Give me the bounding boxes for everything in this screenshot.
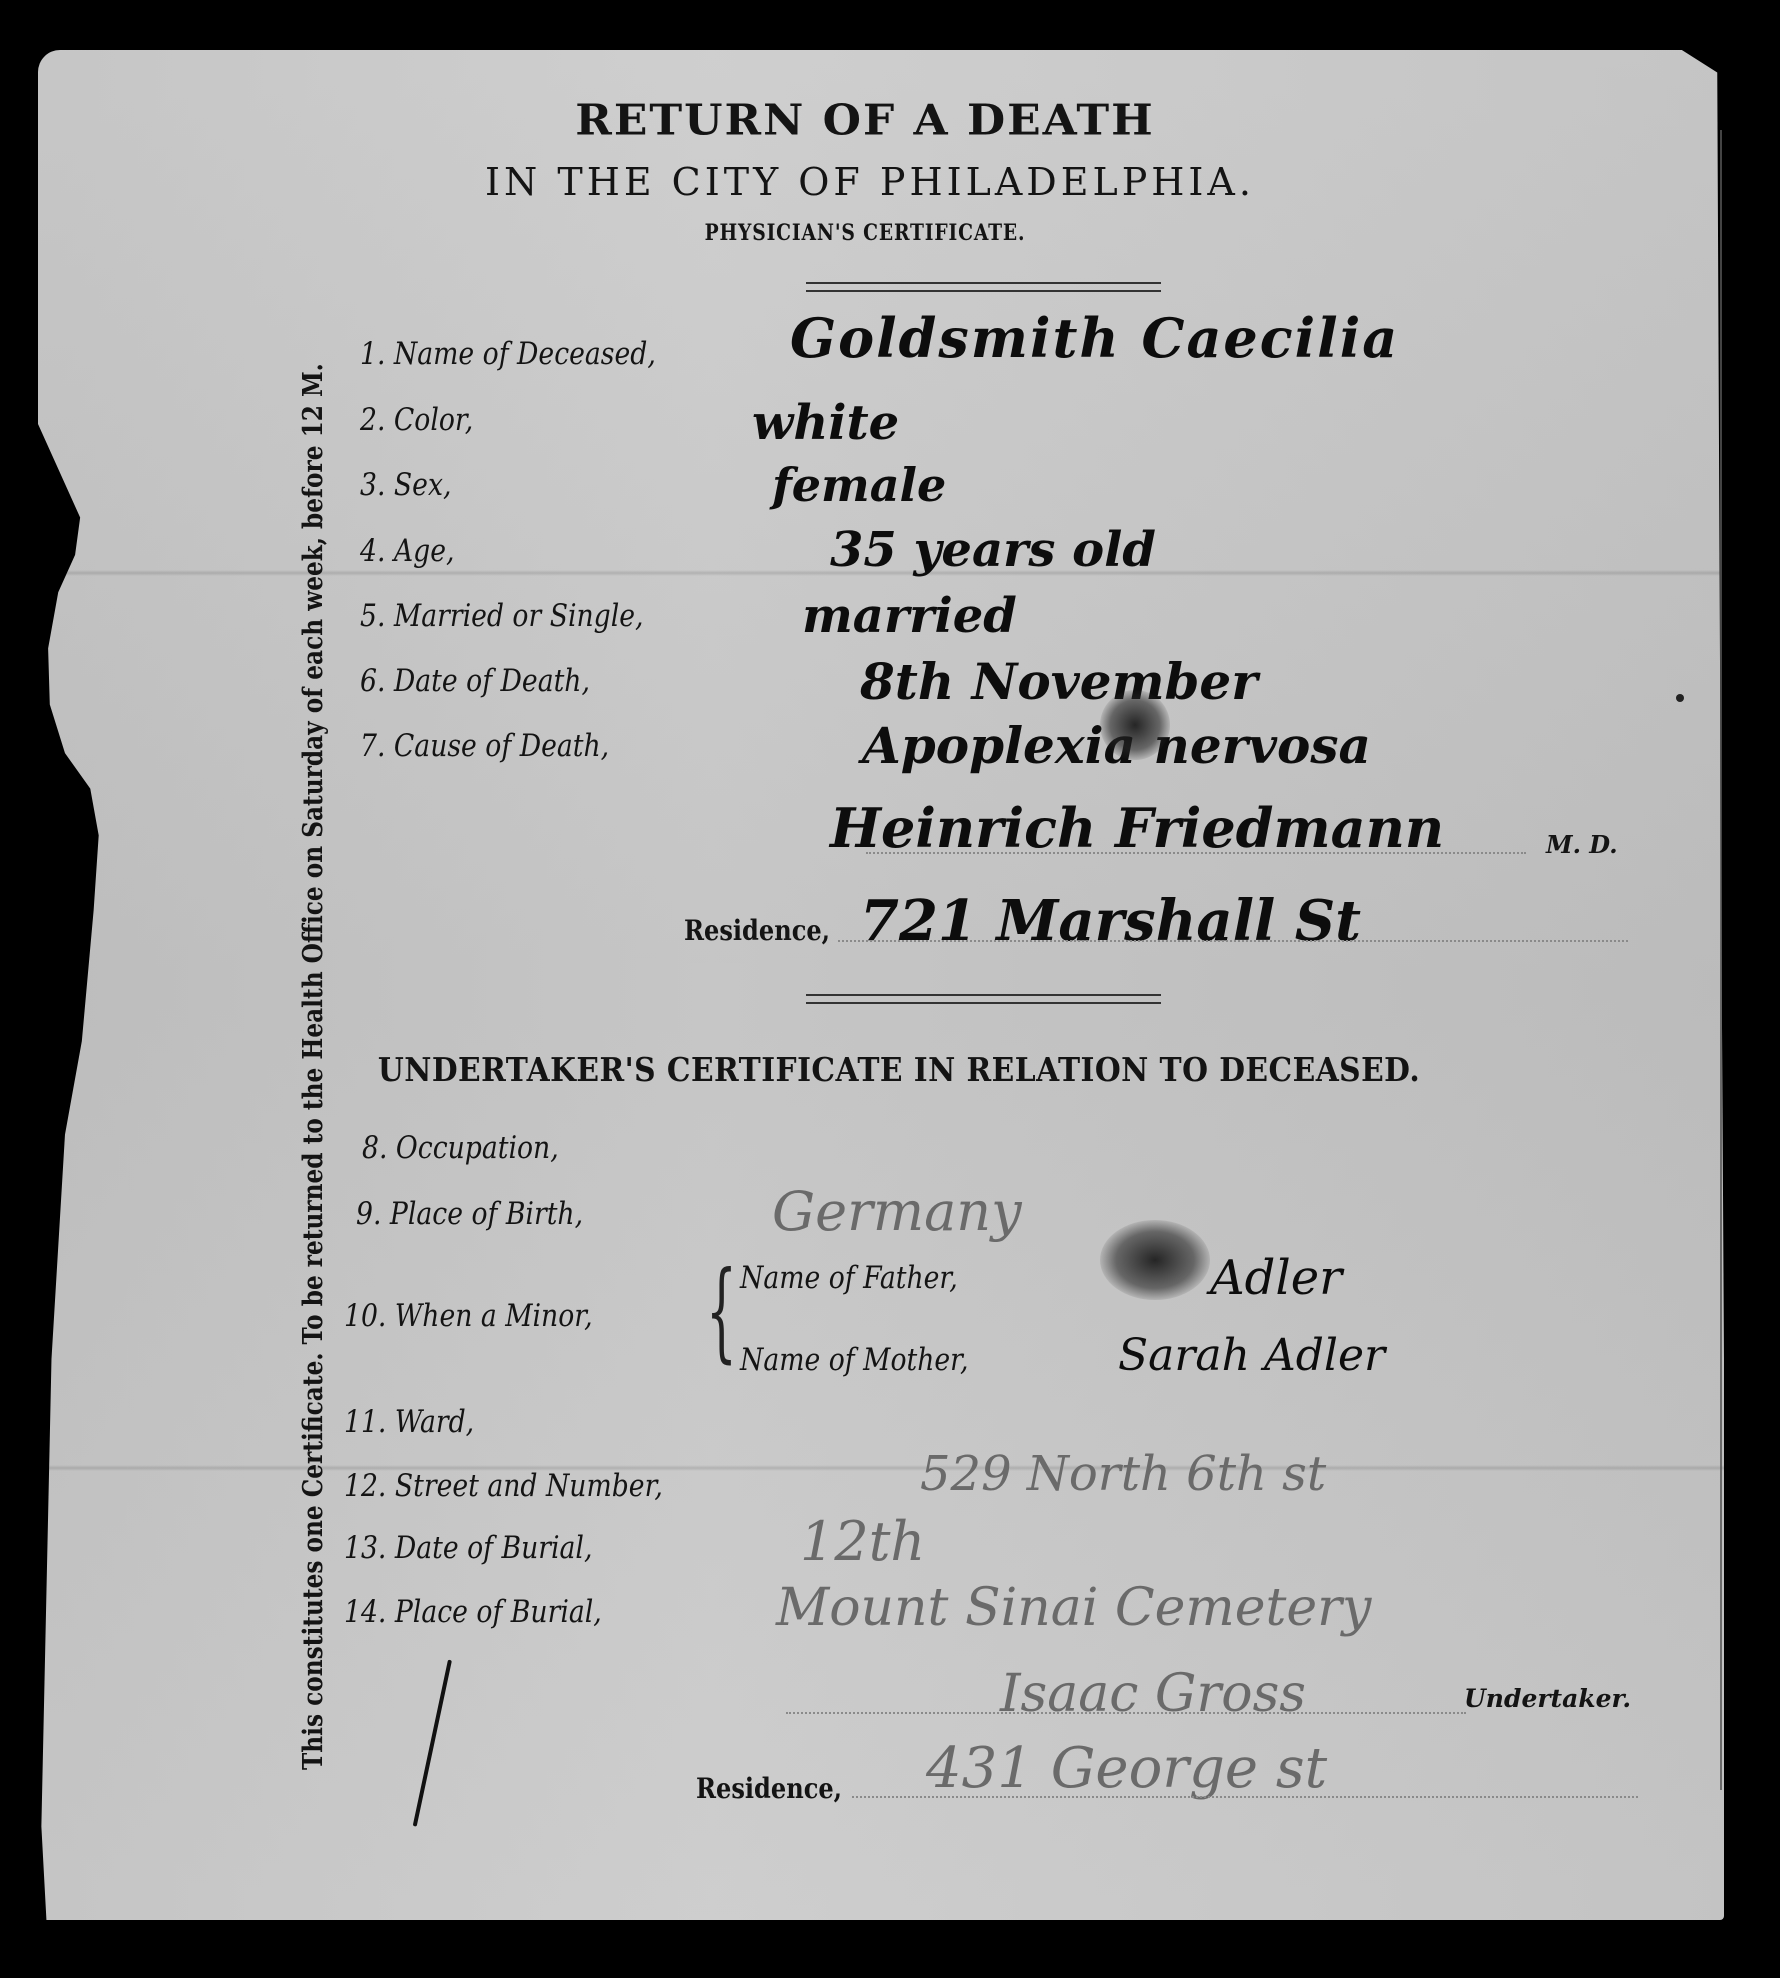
speck	[1676, 694, 1684, 702]
undertaker-signature: Isaac Gross	[1000, 1664, 1306, 1724]
label-color: 2. Color,	[360, 402, 473, 438]
document-title: RETURN OF A DEATH	[0, 96, 1730, 144]
physician-section-title: PHYSICIAN'S CERTIFICATE.	[130, 220, 1601, 246]
value-name-of-mother: Sarah Adler	[1118, 1330, 1385, 1381]
value-undertaker-residence: 431 George st	[926, 1736, 1327, 1801]
value-place-of-birth: Germany	[772, 1180, 1022, 1243]
ink-blot	[1100, 690, 1170, 760]
header-divider	[806, 282, 1161, 292]
paper-fold	[38, 1465, 1724, 1471]
value-sex: female	[772, 458, 946, 512]
label-name-of-mother: Name of Mother,	[740, 1342, 968, 1378]
signature-line	[866, 852, 1526, 854]
label-age: 4. Age,	[360, 533, 454, 569]
value-name-of-father: Adler	[1210, 1250, 1342, 1306]
value-date-of-death: 8th November	[860, 652, 1258, 711]
label-date-of-death: 6. Date of Death,	[360, 663, 590, 699]
value-name-of-deceased: Goldsmith Caecilia	[790, 306, 1399, 370]
label-date-of-burial: 13. Date of Burial,	[344, 1530, 592, 1566]
label-undertaker-residence: Residence,	[696, 1772, 842, 1805]
brace-symbol: {	[706, 1258, 737, 1366]
ink-blot	[1100, 1220, 1210, 1300]
label-name-of-father: Name of Father,	[740, 1260, 958, 1296]
undertaker-residence-line	[852, 1796, 1638, 1798]
undertaker-suffix: Undertaker.	[1464, 1684, 1631, 1713]
label-street-and-number: 12. Street and Number,	[344, 1468, 663, 1504]
value-married-or-single: married	[802, 588, 1017, 644]
document-subtitle: IN THE CITY OF PHILADELPHIA.	[0, 160, 1740, 204]
value-place-of-burial: Mount Sinai Cemetery	[776, 1578, 1371, 1638]
label-when-a-minor: 10. When a Minor,	[344, 1298, 593, 1334]
section-divider	[806, 994, 1161, 1004]
value-street-and-number: 529 North 6th st	[920, 1446, 1326, 1502]
value-physician-residence: 721 Marshall St	[860, 888, 1361, 954]
label-married-or-single: 5. Married or Single,	[360, 598, 644, 634]
label-name-of-deceased: 1. Name of Deceased,	[360, 336, 656, 372]
label-physician-residence: Residence,	[684, 914, 830, 947]
label-cause-of-death: 7. Cause of Death,	[360, 728, 609, 764]
undertaker-section-title: UNDERTAKER'S CERTIFICATE IN RELATION TO …	[98, 1050, 1700, 1089]
label-place-of-birth: 9. Place of Birth,	[356, 1196, 583, 1232]
undertaker-signature-line	[786, 1712, 1466, 1714]
residence-line	[838, 940, 1628, 942]
value-date-of-burial: 12th	[800, 1510, 925, 1573]
md-suffix: M. D.	[1546, 830, 1618, 859]
physician-signature: Heinrich Friedmann	[830, 796, 1444, 860]
value-color: white	[752, 395, 899, 451]
label-occupation: 8. Occupation,	[362, 1130, 559, 1166]
label-place-of-burial: 14. Place of Burial,	[344, 1594, 602, 1630]
value-age: 35 years old	[830, 522, 1156, 578]
side-note: This constitutes one Certificate. To be …	[298, 428, 329, 1770]
label-sex: 3. Sex,	[360, 467, 451, 503]
label-ward: 11. Ward,	[344, 1404, 474, 1440]
margin-rule	[1720, 130, 1722, 1790]
